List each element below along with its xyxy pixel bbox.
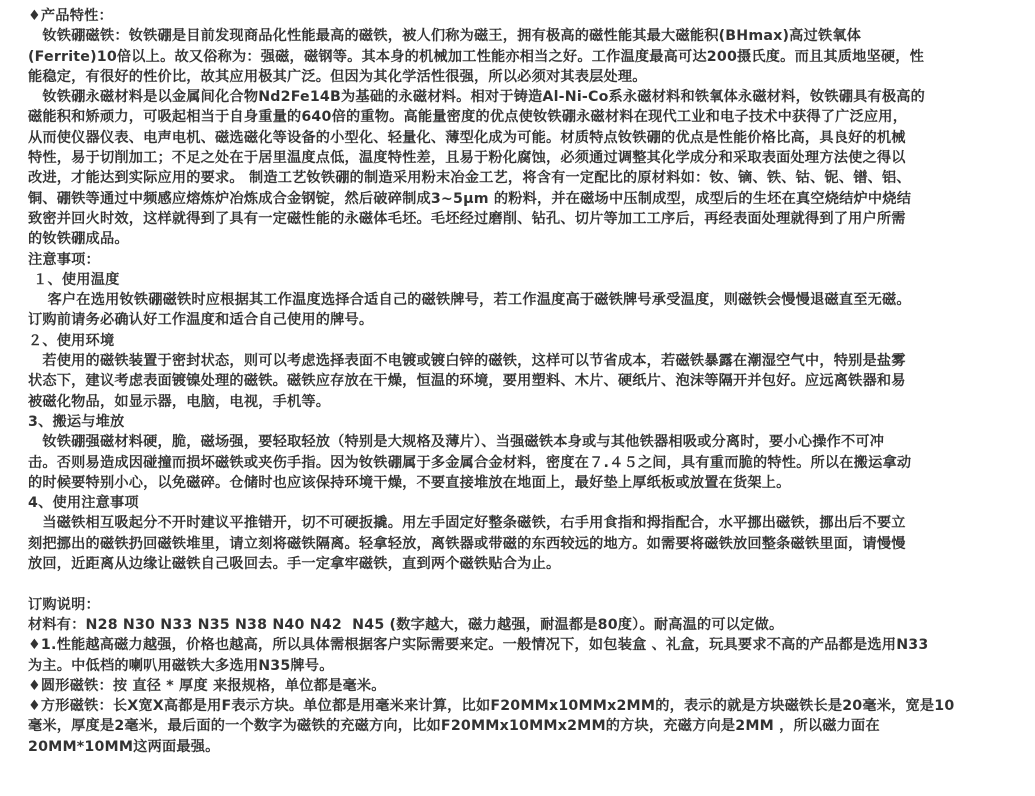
text-line: ♦1.性能越高磁力越强，价格也越高，所以具体需根据客户实际需要来定。一般情况下，… (28, 635, 1018, 655)
text-line: 特性，易于切削加工；不足之处在于居里温度点低，温度特性差，且易于粉化腐蚀，必须通… (28, 148, 1018, 168)
text-line: 钕铁硼强磁材料硬，脆，磁场强，要轻取轻放（特别是大规格及薄片）、当强磁铁本身或与… (28, 432, 1018, 452)
text-line (28, 574, 1018, 594)
text-line: 4、使用注意事项 (28, 493, 1018, 513)
text-line: 的钕铁硼成品。 (28, 229, 1018, 249)
text-line: 状态下，建议考虑表面镀镍处理的磁铁。磁铁应存放在干燥，恒温的环境，要用塑料、木片… (28, 371, 1018, 391)
text-line: 磁能积和矫顽力，可吸起相当于自身重量的640倍的重物。高能量密度的优点使钕铁硼永… (28, 107, 1018, 127)
text-line: 能稳定，有很好的性价比，故其应用极其广泛。但因为其化学活性很强，所以必须对其表层… (28, 67, 1018, 87)
text-line: 注意事项： (28, 250, 1018, 270)
text-line: (Ferrite)10倍以上。故又俗称为：强磁，磁钢等。其本身的机械加工性能亦相… (28, 47, 1018, 67)
text-line: 击。否则易造成因碰撞而损坏磁铁或夹伤手指。因为钕铁硼属于多金属合金材料，密度在７… (28, 453, 1018, 473)
text-line: 客户在选用钕铁硼磁铁时应根据其工作温度选择合适自己的磁铁牌号，若工作温度高于磁铁… (28, 290, 1018, 310)
text-line: ♦产品特性： (28, 6, 1018, 26)
text-line: 放回，近距离从边缘让磁铁自己吸回去。手一定拿牢磁铁，直到两个磁铁贴合为止。 (28, 554, 1018, 574)
text-line: 从而使仪器仪表、电声电机、磁选磁化等设备的小型化、轻量化、薄型化成为可能。材质特… (28, 128, 1018, 148)
text-line: 材料有：N28 N30 N33 N35 N38 N40 N42 N45 (数字越… (28, 615, 1018, 635)
text-line: 被磁化物品，如显示器，电脑，电视，手机等。 (28, 392, 1018, 412)
text-line: 当磁铁相互吸起分不开时建议平推错开，切不可硬扳撬。用左手固定好整条磁铁，右手用食… (28, 513, 1018, 533)
text-line: 若使用的磁铁装置于密封状态，则可以考虑选择表面不电镀或镀白锌的磁铁，这样可以节省… (28, 351, 1018, 371)
text-line: 的时候要特别小心，以免磁碎。仓储时也应该保持环境干燥，不要直接堆放在地面上，最好… (28, 473, 1018, 493)
text-line: 20MM*10MM这两面最强。 (28, 737, 1018, 757)
product-description-document: ♦产品特性： 钕铁硼磁铁：钕铁硼是目前发现商品化性能最高的磁铁，被人们称为磁王，… (28, 6, 1018, 757)
text-line: 订购前请务必确认好工作温度和适合自己使用的牌号。 (28, 310, 1018, 330)
text-line: 改进，才能达到实际应用的要求。 制造工艺钕铁硼的制造采用粉末冶金工艺，将含有一定… (28, 168, 1018, 188)
text-line: 钕铁硼永磁材料是以金属间化合物Nd2Fe14B为基础的永磁材料。相对于铸造Al-… (28, 87, 1018, 107)
text-line: ♦圆形磁铁：按 直径 * 厚度 来报规格，单位都是毫米。 (28, 676, 1018, 696)
text-line: 钕铁硼磁铁：钕铁硼是目前发现商品化性能最高的磁铁，被人们称为磁王，拥有极高的磁性… (28, 26, 1018, 46)
text-line: 刻把挪出的磁铁扔回磁铁堆里，请立刻将磁铁隔离。轻拿轻放，离铁器或带磁的东西较远的… (28, 534, 1018, 554)
text-line: 3、搬运与堆放 (28, 412, 1018, 432)
text-line: 为主。中低档的喇叭用磁铁大多选用N35牌号。 (28, 656, 1018, 676)
text-line: １、使用温度 (28, 270, 1018, 290)
text-line: 铜、硼铁等通过中频感应熔炼炉冶炼成合金钢锭，然后破碎制成3~5μm 的粉料，并在… (28, 189, 1018, 209)
text-line: 毫米，厚度是2毫米，最后面的一个数字为磁铁的充磁方向，比如F20MMx10MMx… (28, 716, 1018, 736)
text-line: 致密并回火时效，这样就得到了具有一定磁性能的永磁体毛坯。毛坯经过磨削、钻孔、切片… (28, 209, 1018, 229)
text-line: 订购说明： (28, 595, 1018, 615)
text-line: ２、使用环境 (28, 331, 1018, 351)
text-line: ♦方形磁铁：长X宽X高都是用F表示方块。单位都是用毫米来计算，比如F20MMx1… (28, 696, 1018, 716)
